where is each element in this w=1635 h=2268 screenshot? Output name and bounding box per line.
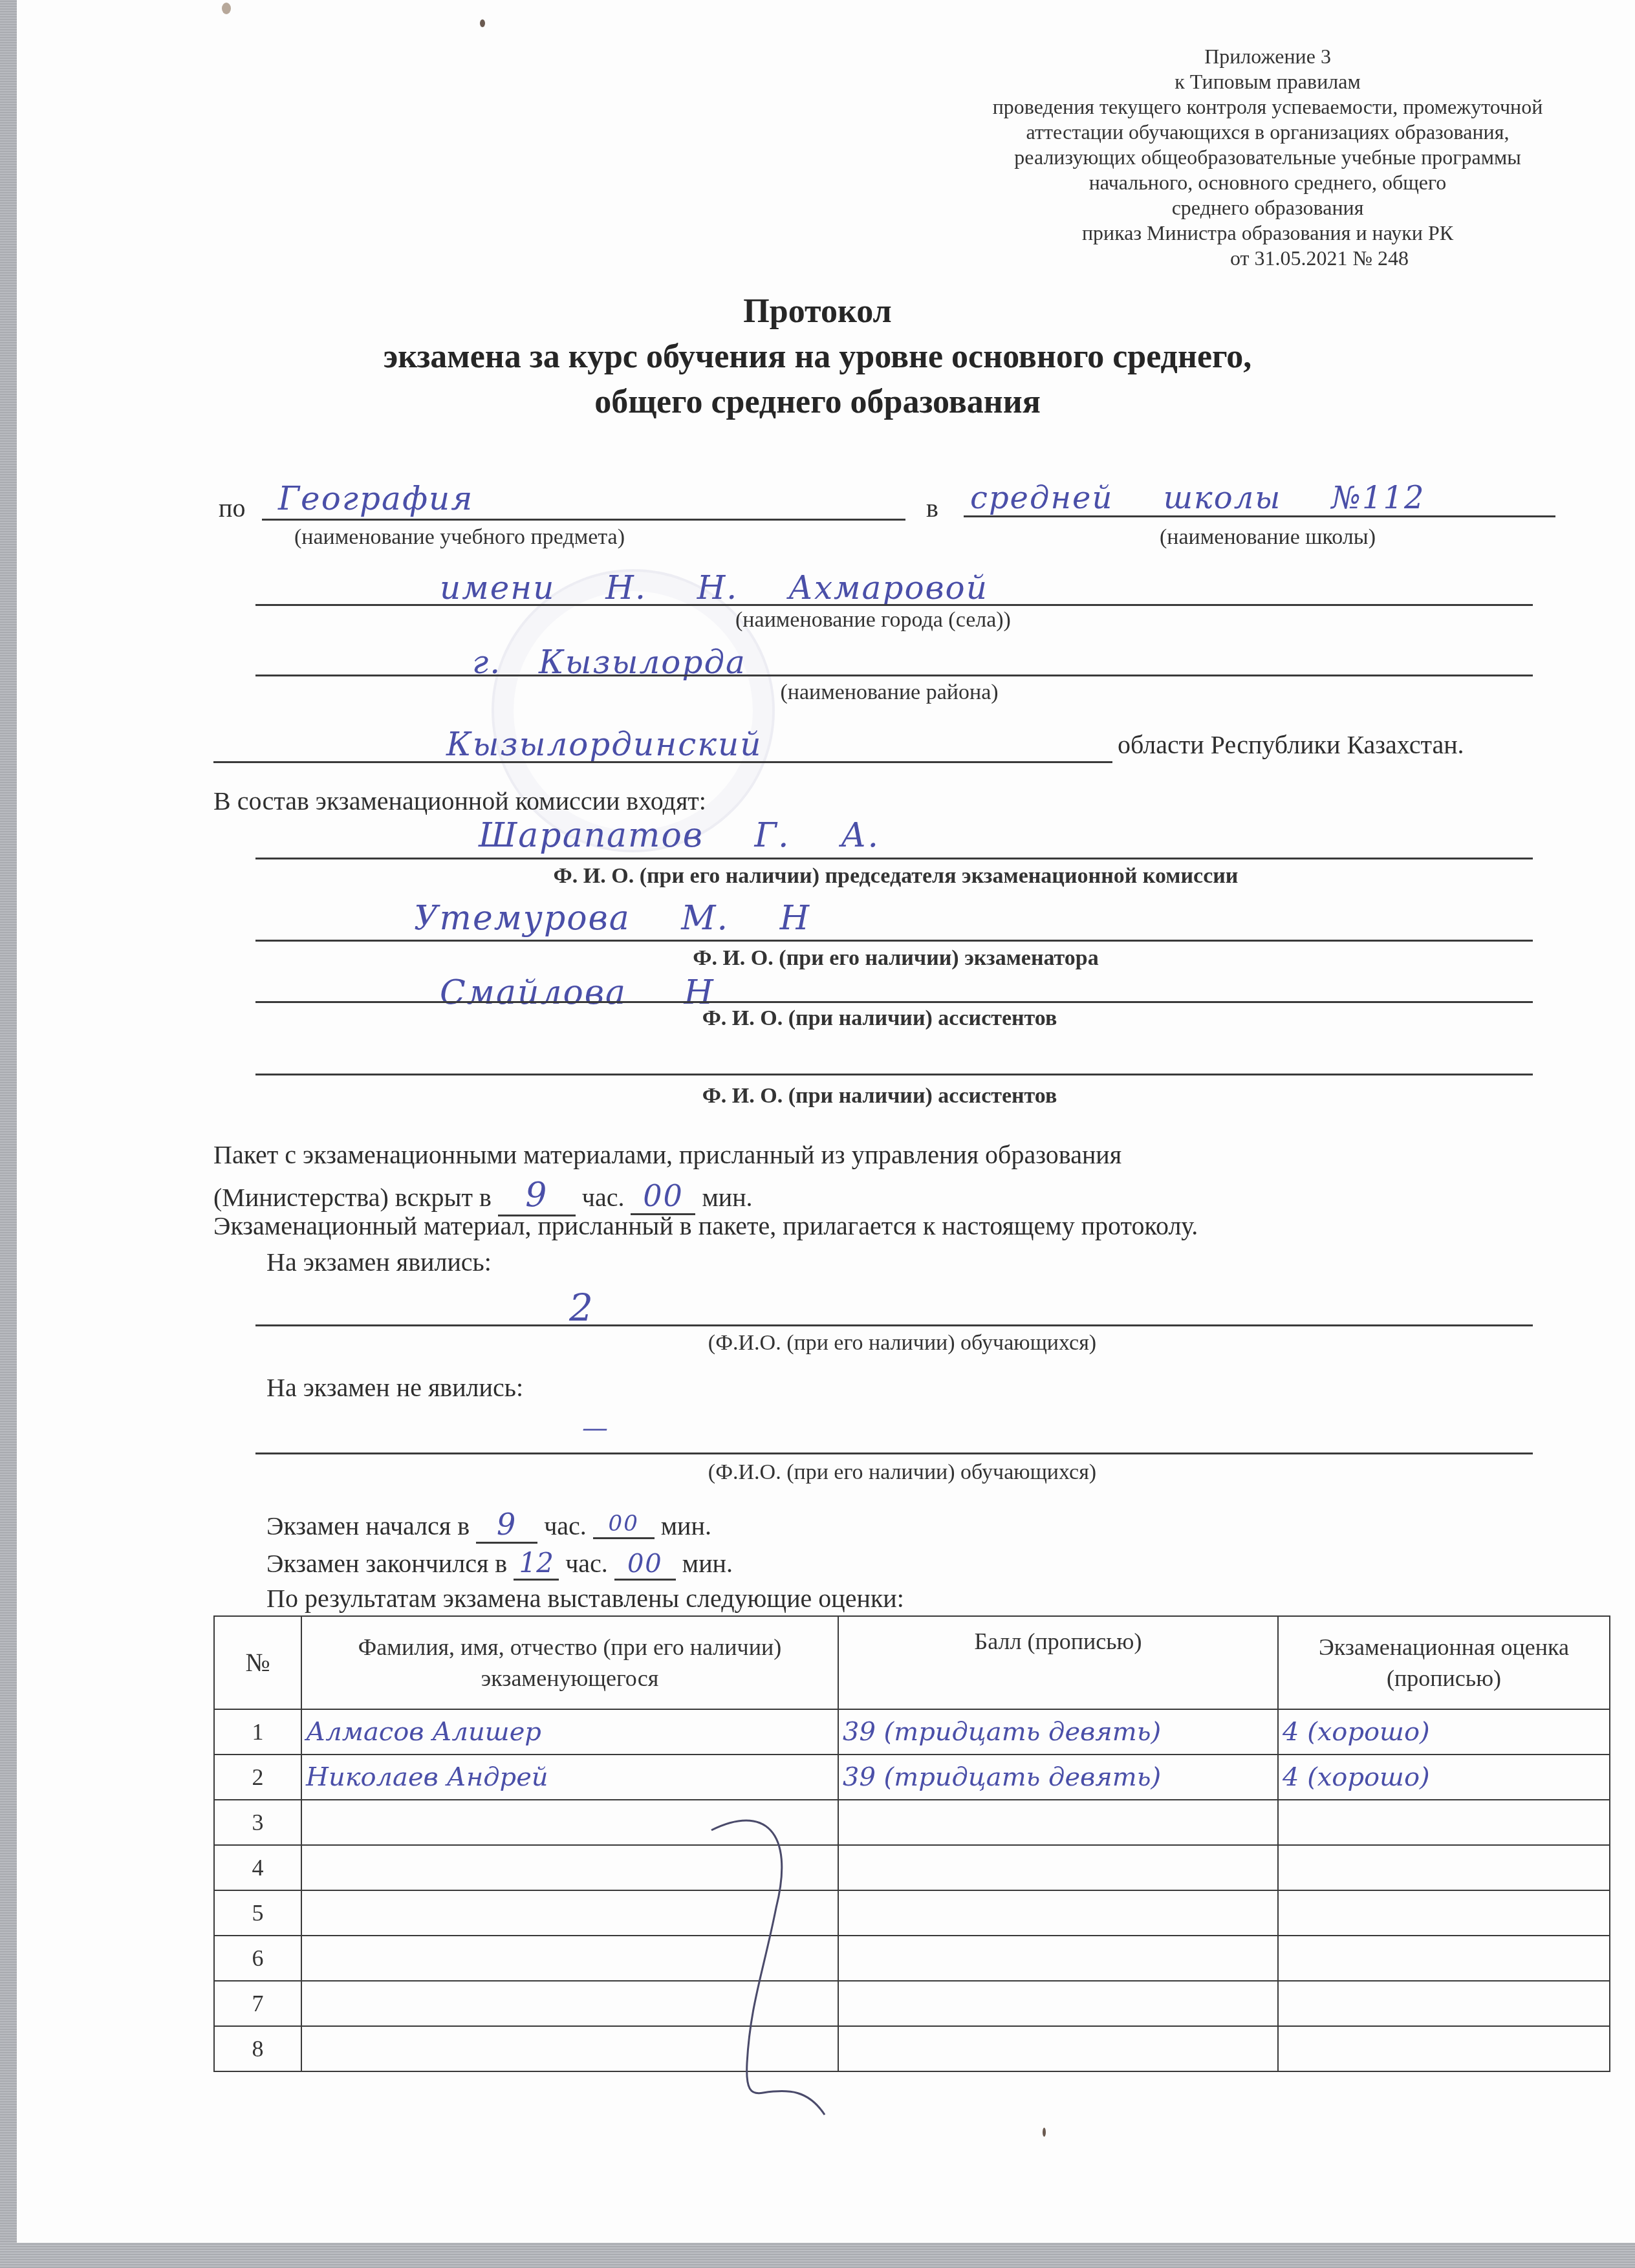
grade-cell[interactable]: 4 (хорошо) [1278, 1755, 1610, 1800]
score-cell[interactable] [838, 1981, 1278, 2026]
grade-cell[interactable]: 4 (хорошо) [1278, 1709, 1610, 1755]
package-opened-hour-value: 9 [525, 1176, 548, 1215]
exam-end-hour-value: 12 [519, 1547, 554, 1579]
absent-caption: (Ф.И.О. (при его наличии) обучающихся) [656, 1460, 1148, 1485]
examiner-caption: Ф. И. О. (при его наличии) экзаменатора [653, 946, 1138, 971]
exam-start-hour-value: 9 [497, 1507, 517, 1542]
chairman-caption: Ф. И. О. (при его наличии) председателя … [492, 864, 1300, 889]
row-number: 2 [214, 1755, 301, 1800]
row-number: 3 [214, 1800, 301, 1845]
min-label: мин. [661, 1511, 711, 1540]
table-row: 5 [214, 1890, 1610, 1936]
min-label: мин. [682, 1549, 733, 1578]
row-number: 5 [214, 1890, 301, 1936]
col-header-score: Балл (прописью) [838, 1616, 1278, 1709]
row-number: 6 [214, 1936, 301, 1981]
document-subtitle-2: общего среднего образования [0, 383, 1635, 421]
absent-field[interactable]: — [582, 1413, 609, 1443]
score-cell[interactable] [838, 1845, 1278, 1890]
school-field[interactable]: средней школы №112 [970, 480, 1425, 516]
package-line-1: Пакет с экзаменационными материалами, пр… [213, 1139, 1121, 1170]
exam-end-line: Экзамен закончился в 12 час. 00 мин. [266, 1547, 733, 1581]
exam-end-min[interactable]: 00 [614, 1548, 676, 1581]
student-name-cell[interactable]: Алмасов Алишер [301, 1709, 838, 1755]
commission-heading: В состав экзаменационной комиссии входят… [213, 786, 706, 816]
paper-speck [480, 19, 485, 27]
grade-cell[interactable] [1278, 1845, 1610, 1890]
grade-cell[interactable] [1278, 1800, 1610, 1845]
row-number: 4 [214, 1845, 301, 1890]
assistant-2-caption: Ф. И. О. (при наличии) ассистентов [653, 1084, 1106, 1108]
appendix-order-date: от 31.05.2021 № 248 [964, 246, 1572, 271]
package-opened-min-value: 00 [643, 1178, 684, 1213]
grade-cell[interactable] [1278, 1936, 1610, 1981]
package-line-3: Экзаменационный материал, присланный в п… [213, 1211, 1198, 1241]
col-header-grade: Экзаменационная оценка (прописью) [1278, 1616, 1610, 1709]
table-row: 2Николаев Андрей39 (тридцать девять)4 (х… [214, 1755, 1610, 1800]
table-row: 3 [214, 1800, 1610, 1845]
appendix-line: среднего образования [964, 195, 1572, 221]
examiner-field[interactable]: Утемурова М. Н [414, 899, 810, 938]
appendix-line: Приложение 3 [964, 44, 1572, 69]
hour-label: час. [565, 1549, 608, 1578]
subject-field[interactable]: География [278, 480, 473, 517]
exam-end-min-value: 00 [627, 1549, 663, 1579]
exam-start-min[interactable]: 00 [593, 1507, 655, 1539]
col-header-name: Фамилия, имя, отчество (при его наличии)… [301, 1616, 838, 1709]
results-table: № Фамилия, имя, отчество (при его наличи… [213, 1615, 1610, 2072]
appendix-line: аттестации обучающихся в организациях об… [964, 120, 1572, 145]
grade-cell[interactable] [1278, 1890, 1610, 1936]
table-row: 8 [214, 2026, 1610, 2071]
label-po: по [219, 493, 245, 523]
school-caption: (наименование школы) [1099, 525, 1436, 550]
absent-label: На экзамен не явились: [266, 1372, 523, 1403]
col-header-number: № [214, 1616, 301, 1709]
hour-label: час. [544, 1511, 587, 1540]
district-caption: (наименование района) [753, 680, 1025, 705]
present-label: На экзамен явились: [266, 1247, 492, 1277]
chairman-underline [255, 858, 1533, 859]
label-v: в [926, 493, 938, 523]
row-number: 8 [214, 2026, 301, 2071]
city-underline [255, 675, 1533, 676]
appendix-line: начального, основного среднего, общего [964, 170, 1572, 195]
table-row: 6 [214, 1936, 1610, 1981]
exam-start-label: Экзамен начался в [266, 1511, 470, 1540]
empty-rows-strike-mark [686, 1791, 854, 2154]
score-cell[interactable] [838, 2026, 1278, 2071]
paper-speck [1043, 2128, 1046, 2137]
school-underline [964, 515, 1555, 517]
appendix-line: проведения текущего контроля успеваемост… [964, 94, 1572, 120]
paper-speck [222, 3, 231, 14]
row-number: 7 [214, 1981, 301, 2026]
city-caption: (наименование города (села)) [718, 608, 1028, 632]
present-underline [255, 1324, 1533, 1326]
package-opened-label: (Министерства) вскрыт в [213, 1183, 492, 1212]
appendix-line: реализующих общеобразовательные учебные … [964, 145, 1572, 170]
exam-start-line: Экзамен начался в 9 час. 00 мин. [266, 1507, 711, 1544]
document-subtitle-1: экзамена за курс обучения на уровне осно… [0, 338, 1635, 376]
assistant-2-underline [255, 1074, 1533, 1075]
table-row: 1Алмасов Алишер39 (тридцать девять)4 (хо… [214, 1709, 1610, 1755]
document-title: Протокол [0, 292, 1635, 330]
package-opened-min[interactable]: 00 [631, 1178, 695, 1215]
school-name-field[interactable]: имени Н. Н. Ахмаровой [440, 569, 988, 607]
subject-caption: (наименование учебного предмета) [294, 525, 747, 550]
grade-cell[interactable] [1278, 1981, 1610, 2026]
exam-start-hour[interactable]: 9 [476, 1507, 537, 1544]
region-suffix: области Республики Казахстан. [1118, 729, 1464, 760]
chairman-field[interactable]: Шарапатов Г. А. [479, 816, 880, 855]
row-number: 1 [214, 1709, 301, 1755]
present-field[interactable]: 2 [569, 1286, 594, 1330]
table-row: 7 [214, 1981, 1610, 2026]
appendix-header: Приложение 3 к Типовым правилам проведен… [964, 44, 1572, 271]
school-name-underline [255, 604, 1533, 606]
absent-underline [255, 1453, 1533, 1454]
hour-label: час. [582, 1183, 625, 1212]
examiner-underline [255, 940, 1533, 942]
score-cell[interactable] [838, 1890, 1278, 1936]
exam-end-hour[interactable]: 12 [514, 1547, 559, 1581]
scanner-border-bottom [0, 2243, 1635, 2268]
min-label: мин. [702, 1183, 752, 1212]
present-caption: (Ф.И.О. (при его наличии) обучающихся) [656, 1331, 1148, 1355]
exam-end-label: Экзамен закончился в [266, 1549, 507, 1578]
assistant-1-caption: Ф. И. О. (при наличии) ассистентов [653, 1006, 1106, 1031]
assistant-1-underline [255, 1001, 1533, 1003]
score-cell[interactable] [838, 1800, 1278, 1845]
subject-underline [262, 519, 905, 521]
table-header-row: № Фамилия, имя, отчество (при его наличи… [214, 1616, 1610, 1709]
grade-cell[interactable] [1278, 2026, 1610, 2071]
table-row: 4 [214, 1845, 1610, 1890]
exam-start-min-value: 00 [609, 1511, 639, 1537]
score-cell[interactable]: 39 (тридцать девять) [838, 1755, 1278, 1800]
appendix-line: приказ Министра образования и науки РК [964, 221, 1572, 246]
results-intro: По результатам экзамена выставлены следу… [266, 1583, 904, 1614]
region-underline [213, 761, 1112, 763]
score-cell[interactable]: 39 (тридцать девять) [838, 1709, 1278, 1755]
score-cell[interactable] [838, 1936, 1278, 1981]
appendix-line: к Типовым правилам [964, 69, 1572, 94]
region-field[interactable]: Кызылординский [446, 726, 762, 763]
